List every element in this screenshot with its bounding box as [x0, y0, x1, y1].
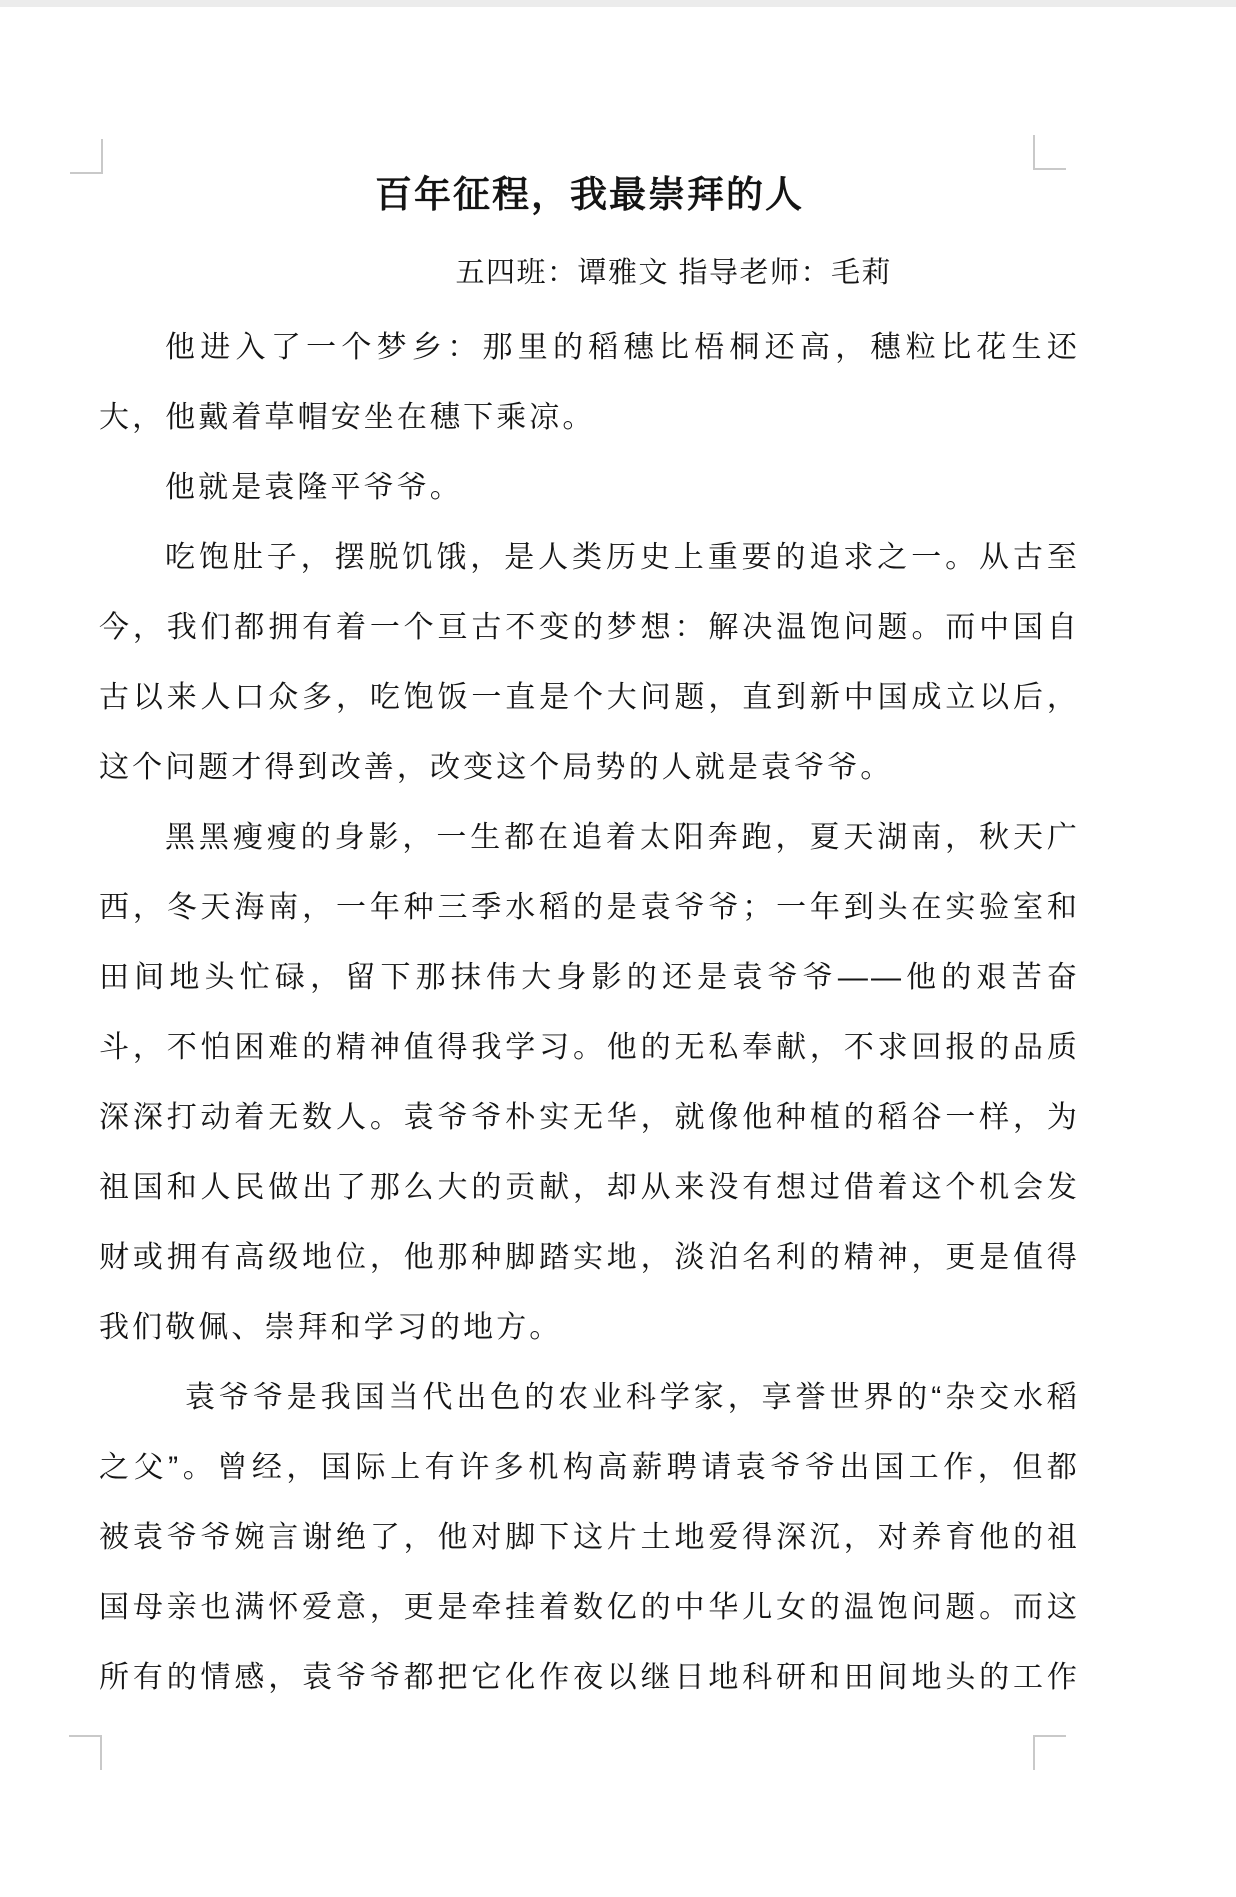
margin-mark-bottom-right [1033, 1735, 1066, 1770]
text-line: 西，冬天海南，一年种三季水稻的是袁爷爷；一年到头在实验室和 [99, 873, 1080, 943]
text-line: 吃饱肚子，摆脱饥饿，是人类历史上重要的追求之一。从古至 [99, 523, 1080, 593]
text-line: 之父”。曾经，国际上有许多机构高薪聘请袁爷爷出国工作，但都 [99, 1433, 1080, 1503]
top-edge-bar [0, 0, 1236, 7]
text-line: 他就是袁隆平爷爷。 [99, 453, 1080, 523]
text-line: 黑黑瘦瘦的身影，一生都在追着太阳奔跑，夏天湖南，秋天广 [99, 803, 1080, 873]
document-body: 他进入了一个梦乡：那里的稻穗比梧桐还高，穗粒比花生还大，他戴着草帽安坐在穗下乘凉… [99, 313, 1080, 1713]
text-line: 大，他戴着草帽安坐在穗下乘凉。 [99, 383, 1080, 453]
text-line: 所有的情感，袁爷爷都把它化作夜以继日地科研和田间地头的工作 [99, 1643, 1080, 1713]
text-line: 深深打动着无数人。袁爷爷朴实无华，就像他种植的稻谷一样，为 [99, 1083, 1080, 1153]
text-line: 国母亲也满怀爱意，更是牵挂着数亿的中华儿女的温饱问题。而这 [99, 1573, 1080, 1643]
text-line: 被袁爷爷婉言谢绝了，他对脚下这片土地爱得深沉，对养育他的祖 [99, 1503, 1080, 1573]
margin-mark-bottom-left [69, 1735, 102, 1770]
text-line: 今，我们都拥有着一个亘古不变的梦想：解决温饱问题。而中国自 [99, 593, 1080, 663]
text-line: 古以来人口众多，吃饱饭一直是个大问题，直到新中国成立以后， [99, 663, 1080, 733]
margin-mark-top-right [1033, 135, 1066, 170]
text-line: 袁爷爷是我国当代出色的农业科学家，享誉世界的“杂交水稻 [99, 1363, 1080, 1433]
document-title: 百年征程，我最崇拜的人 [99, 166, 1080, 224]
text-line: 斗，不怕困难的精神值得我学习。他的无私奉献，不求回报的品质 [99, 1013, 1080, 1083]
text-line: 我们敬佩、崇拜和学习的地方。 [99, 1293, 1080, 1363]
text-line: 这个问题才得到改善，改变这个局势的人就是袁爷爷。 [99, 733, 1080, 803]
text-line: 祖国和人民做出了那么大的贡献，却从来没有想过借着这个机会发 [99, 1153, 1080, 1223]
text-line: 他进入了一个梦乡：那里的稻穗比梧桐还高，穗粒比花生还 [99, 313, 1080, 383]
text-line: 财或拥有高级地位，他那种脚踏实地，淡泊名利的精神，更是值得 [99, 1223, 1080, 1293]
byline: 五四班：谭雅文 指导老师：毛莉 [99, 250, 1080, 296]
text-line: 田间地头忙碌，留下那抹伟大身影的还是袁爷爷——他的艰苦奋 [99, 943, 1080, 1013]
document-page: 百年征程，我最崇拜的人 五四班：谭雅文 指导老师：毛莉 他进入了一个梦乡：那里的… [0, 0, 1236, 1897]
